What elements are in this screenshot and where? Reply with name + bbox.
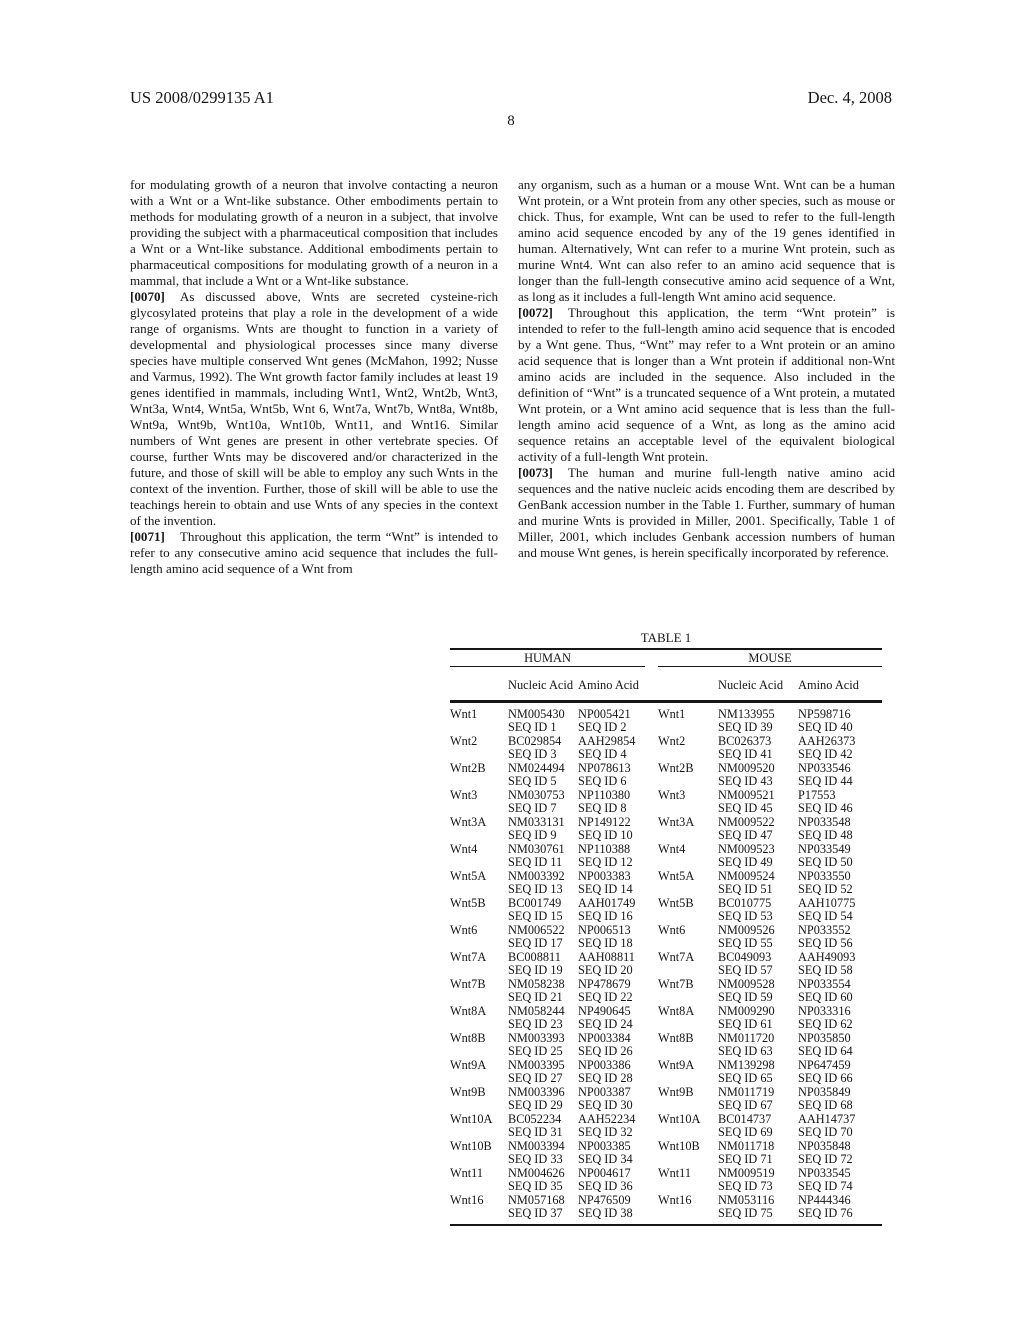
human-amino-acid: NP005421SEQ ID 2 xyxy=(578,708,658,735)
human-nucleic-acid: NM003395SEQ ID 27 xyxy=(508,1059,578,1086)
human-amino-acid: AAH01749SEQ ID 16 xyxy=(578,897,658,924)
table-row: Wnt9BNM003396SEQ ID 29NP003387SEQ ID 30W… xyxy=(450,1086,882,1113)
human-nucleic-acid: NM058244SEQ ID 23 xyxy=(508,1005,578,1032)
mouse-nucleic-acid: NM009524SEQ ID 51 xyxy=(718,870,798,897)
page-number: 8 xyxy=(130,113,892,130)
human-amino-acid: NP003383SEQ ID 14 xyxy=(578,870,658,897)
mouse-amino-acid: NP035850SEQ ID 64 xyxy=(798,1032,882,1059)
human-gene-name: Wnt6 xyxy=(450,924,508,951)
mouse-nucleic-acid: NM009519SEQ ID 73 xyxy=(718,1167,798,1194)
left-column: for modulating growth of a neuron that i… xyxy=(130,177,498,577)
human-nucleic-acid: BC008811SEQ ID 19 xyxy=(508,951,578,978)
human-amino-acid: NP110380SEQ ID 8 xyxy=(578,789,658,816)
paragraph-continuation: any organism, such as a human or a mouse… xyxy=(518,177,895,305)
mouse-amino-acid: NP033554SEQ ID 60 xyxy=(798,978,882,1005)
human-amino-acid: AAH29854SEQ ID 4 xyxy=(578,735,658,762)
human-gene-name: Wnt8B xyxy=(450,1032,508,1059)
human-nucleic-acid: BC029854SEQ ID 3 xyxy=(508,735,578,762)
human-nucleic-acid: NM058238SEQ ID 21 xyxy=(508,978,578,1005)
mouse-amino-acid: NP033316SEQ ID 62 xyxy=(798,1005,882,1032)
human-amino-acid: AAH52234SEQ ID 32 xyxy=(578,1113,658,1140)
mouse-gene-name: Wnt1 xyxy=(658,708,718,735)
group-header-mouse: MOUSE xyxy=(658,651,882,667)
human-nucleic-acid: BC052234SEQ ID 31 xyxy=(508,1113,578,1140)
paragraph-text: Throughout this application, the term “W… xyxy=(518,305,895,464)
mouse-gene-name: Wnt2 xyxy=(658,735,718,762)
human-gene-name: Wnt5A xyxy=(450,870,508,897)
mouse-nucleic-acid: NM009523SEQ ID 49 xyxy=(718,843,798,870)
human-amino-acid: NP003387SEQ ID 30 xyxy=(578,1086,658,1113)
human-nucleic-acid: NM005430SEQ ID 1 xyxy=(508,708,578,735)
mouse-gene-name: Wnt6 xyxy=(658,924,718,951)
mouse-amino-acid: NP033546SEQ ID 44 xyxy=(798,762,882,789)
mouse-amino-acid: AAH10775SEQ ID 54 xyxy=(798,897,882,924)
paragraph-number: [0072] xyxy=(518,305,553,320)
table-row: Wnt6NM006522SEQ ID 17NP006513SEQ ID 18Wn… xyxy=(450,924,882,951)
human-gene-name: Wnt3 xyxy=(450,789,508,816)
table-row: Wnt8BNM003393SEQ ID 25NP003384SEQ ID 26W… xyxy=(450,1032,882,1059)
mouse-amino-acid: NP035848SEQ ID 72 xyxy=(798,1140,882,1167)
mouse-gene-name: Wnt7B xyxy=(658,978,718,1005)
table-row: Wnt7BNM058238SEQ ID 21NP478679SEQ ID 22W… xyxy=(450,978,882,1005)
mouse-gene-name: Wnt10B xyxy=(658,1140,718,1167)
mouse-nucleic-acid: BC049093SEQ ID 57 xyxy=(718,951,798,978)
human-gene-name: Wnt10B xyxy=(450,1140,508,1167)
human-gene-name: Wnt9A xyxy=(450,1059,508,1086)
table-row: Wnt1NM005430SEQ ID 1NP005421SEQ ID 2Wnt1… xyxy=(450,708,882,735)
mouse-amino-acid: NP033548SEQ ID 48 xyxy=(798,816,882,843)
human-amino-acid: NP004617SEQ ID 36 xyxy=(578,1167,658,1194)
paragraph-text: any organism, such as a human or a mouse… xyxy=(518,177,895,304)
table-row: Wnt11NM004626SEQ ID 35NP004617SEQ ID 36W… xyxy=(450,1167,882,1194)
paragraph-number: [0071] xyxy=(130,529,165,544)
col-header-mouse-amino-acid: Amino Acid xyxy=(798,678,882,693)
mouse-nucleic-acid: NM011718SEQ ID 71 xyxy=(718,1140,798,1167)
table-row: Wnt7ABC008811SEQ ID 19AAH08811SEQ ID 20W… xyxy=(450,951,882,978)
mouse-gene-name: Wnt7A xyxy=(658,951,718,978)
mouse-nucleic-acid: BC014737SEQ ID 69 xyxy=(718,1113,798,1140)
mouse-amino-acid: NP033552SEQ ID 56 xyxy=(798,924,882,951)
mouse-gene-name: Wnt3 xyxy=(658,789,718,816)
table-row: Wnt5ANM003392SEQ ID 13NP003383SEQ ID 14W… xyxy=(450,870,882,897)
table-row: Wnt10ABC052234SEQ ID 31AAH52234SEQ ID 32… xyxy=(450,1113,882,1140)
mouse-amino-acid: AAH49093SEQ ID 58 xyxy=(798,951,882,978)
human-gene-name: Wnt2B xyxy=(450,762,508,789)
human-gene-name: Wnt8A xyxy=(450,1005,508,1032)
human-gene-name: Wnt3A xyxy=(450,816,508,843)
human-gene-name: Wnt1 xyxy=(450,708,508,735)
mouse-amino-acid: AAH14737SEQ ID 70 xyxy=(798,1113,882,1140)
table-column-headers: Nucleic Acid Amino Acid Nucleic Acid Ami… xyxy=(450,667,882,700)
mouse-nucleic-acid: NM011720SEQ ID 63 xyxy=(718,1032,798,1059)
mouse-gene-name: Wnt2B xyxy=(658,762,718,789)
paragraph-0070: [0070]As discussed above, Wnts are secre… xyxy=(130,289,498,529)
mouse-nucleic-acid: NM139298SEQ ID 65 xyxy=(718,1059,798,1086)
mouse-nucleic-acid: NM009528SEQ ID 59 xyxy=(718,978,798,1005)
human-gene-name: Wnt16 xyxy=(450,1194,508,1221)
table-body: Wnt1NM005430SEQ ID 1NP005421SEQ ID 2Wnt1… xyxy=(450,703,882,1221)
mouse-gene-name: Wnt4 xyxy=(658,843,718,870)
human-nucleic-acid: NM003393SEQ ID 25 xyxy=(508,1032,578,1059)
human-gene-name: Wnt2 xyxy=(450,735,508,762)
human-amino-acid: NP006513SEQ ID 18 xyxy=(578,924,658,951)
mouse-amino-acid: NP598716SEQ ID 40 xyxy=(798,708,882,735)
publication-date: Dec. 4, 2008 xyxy=(808,88,892,108)
mouse-gene-name: Wnt8A xyxy=(658,1005,718,1032)
human-gene-name: Wnt7B xyxy=(450,978,508,1005)
mouse-nucleic-acid: BC026373SEQ ID 41 xyxy=(718,735,798,762)
human-amino-acid: NP003386SEQ ID 28 xyxy=(578,1059,658,1086)
table-row: Wnt10BNM003394SEQ ID 33NP003385SEQ ID 34… xyxy=(450,1140,882,1167)
mouse-gene-name: Wnt5B xyxy=(658,897,718,924)
human-nucleic-acid: NM033131SEQ ID 9 xyxy=(508,816,578,843)
table-title: TABLE 1 xyxy=(450,630,882,645)
mouse-gene-name: Wnt8B xyxy=(658,1032,718,1059)
human-nucleic-acid: NM030753SEQ ID 7 xyxy=(508,789,578,816)
paragraph-0072: [0072]Throughout this application, the t… xyxy=(518,305,895,465)
mouse-nucleic-acid: NM133955SEQ ID 39 xyxy=(718,708,798,735)
human-gene-name: Wnt11 xyxy=(450,1167,508,1194)
mouse-gene-name: Wnt10A xyxy=(658,1113,718,1140)
mouse-amino-acid: NP444346SEQ ID 76 xyxy=(798,1194,882,1221)
mouse-gene-name: Wnt16 xyxy=(658,1194,718,1221)
group-header-human: HUMAN xyxy=(450,651,645,667)
table-row: Wnt3ANM033131SEQ ID 9NP149122SEQ ID 10Wn… xyxy=(450,816,882,843)
human-nucleic-acid: NM003396SEQ ID 29 xyxy=(508,1086,578,1113)
table-bottom-rule xyxy=(450,1224,882,1227)
human-nucleic-acid: NM004626SEQ ID 35 xyxy=(508,1167,578,1194)
col-header-mouse-nucleic-acid: Nucleic Acid xyxy=(718,678,798,693)
table-row: Wnt2BNM024494SEQ ID 5NP078613SEQ ID 6Wnt… xyxy=(450,762,882,789)
paragraph-text: Throughout this application, the term “W… xyxy=(130,529,498,576)
mouse-amino-acid: NP033545SEQ ID 74 xyxy=(798,1167,882,1194)
human-amino-acid: NP110388SEQ ID 12 xyxy=(578,843,658,870)
paragraph-text: As discussed above, Wnts are secreted cy… xyxy=(130,289,498,528)
human-amino-acid: NP003385SEQ ID 34 xyxy=(578,1140,658,1167)
col-header-human-amino-acid: Amino Acid xyxy=(578,678,658,693)
human-amino-acid: NP078613SEQ ID 6 xyxy=(578,762,658,789)
right-column: any organism, such as a human or a mouse… xyxy=(518,177,895,561)
paragraph-0073: [0073]The human and murine full-length n… xyxy=(518,465,895,561)
mouse-amino-acid: NP035849SEQ ID 68 xyxy=(798,1086,882,1113)
human-nucleic-acid: NM024494SEQ ID 5 xyxy=(508,762,578,789)
mouse-amino-acid: AAH26373SEQ ID 42 xyxy=(798,735,882,762)
paragraph-continuation: for modulating growth of a neuron that i… xyxy=(130,177,498,289)
mouse-amino-acid: P17553SEQ ID 46 xyxy=(798,789,882,816)
mouse-nucleic-acid: NM009290SEQ ID 61 xyxy=(718,1005,798,1032)
human-amino-acid: AAH08811SEQ ID 20 xyxy=(578,951,658,978)
human-amino-acid: NP149122SEQ ID 10 xyxy=(578,816,658,843)
human-nucleic-acid: NM003392SEQ ID 13 xyxy=(508,870,578,897)
mouse-gene-name: Wnt9B xyxy=(658,1086,718,1113)
human-gene-name: Wnt7A xyxy=(450,951,508,978)
mouse-gene-name: Wnt11 xyxy=(658,1167,718,1194)
mouse-gene-name: Wnt9A xyxy=(658,1059,718,1086)
human-amino-acid: NP490645SEQ ID 24 xyxy=(578,1005,658,1032)
patent-number: US 2008/0299135 A1 xyxy=(130,88,274,108)
paragraph-text: for modulating growth of a neuron that i… xyxy=(130,177,498,288)
human-nucleic-acid: NM057168SEQ ID 37 xyxy=(508,1194,578,1221)
mouse-nucleic-acid: NM009526SEQ ID 55 xyxy=(718,924,798,951)
human-gene-name: Wnt4 xyxy=(450,843,508,870)
table-1: TABLE 1 HUMAN MOUSE Nucleic Acid Amino A… xyxy=(450,630,882,1226)
human-nucleic-acid: NM003394SEQ ID 33 xyxy=(508,1140,578,1167)
human-nucleic-acid: NM006522SEQ ID 17 xyxy=(508,924,578,951)
table-row: Wnt2BC029854SEQ ID 3AAH29854SEQ ID 4Wnt2… xyxy=(450,735,882,762)
mouse-nucleic-acid: BC010775SEQ ID 53 xyxy=(718,897,798,924)
table-group-header: HUMAN MOUSE xyxy=(450,650,882,667)
mouse-amino-acid: NP033549SEQ ID 50 xyxy=(798,843,882,870)
mouse-amino-acid: NP033550SEQ ID 52 xyxy=(798,870,882,897)
human-gene-name: Wnt9B xyxy=(450,1086,508,1113)
paragraph-text: The human and murine full-length native … xyxy=(518,465,895,560)
mouse-nucleic-acid: NM009521SEQ ID 45 xyxy=(718,789,798,816)
human-amino-acid: NP003384SEQ ID 26 xyxy=(578,1032,658,1059)
table-row: Wnt4NM030761SEQ ID 11NP110388SEQ ID 12Wn… xyxy=(450,843,882,870)
human-nucleic-acid: NM030761SEQ ID 11 xyxy=(508,843,578,870)
human-amino-acid: NP476509SEQ ID 38 xyxy=(578,1194,658,1221)
human-amino-acid: NP478679SEQ ID 22 xyxy=(578,978,658,1005)
col-header-human-nucleic-acid: Nucleic Acid xyxy=(508,678,578,693)
patent-page: US 2008/0299135 A1 Dec. 4, 2008 8 for mo… xyxy=(0,0,1024,1320)
human-nucleic-acid: BC001749SEQ ID 15 xyxy=(508,897,578,924)
table-row: Wnt8ANM058244SEQ ID 23NP490645SEQ ID 24W… xyxy=(450,1005,882,1032)
mouse-nucleic-acid: NM053116SEQ ID 75 xyxy=(718,1194,798,1221)
table-row: Wnt5BBC001749SEQ ID 15AAH01749SEQ ID 16W… xyxy=(450,897,882,924)
mouse-nucleic-acid: NM009520SEQ ID 43 xyxy=(718,762,798,789)
mouse-gene-name: Wnt3A xyxy=(658,816,718,843)
human-gene-name: Wnt10A xyxy=(450,1113,508,1140)
paragraph-number: [0070] xyxy=(130,289,165,304)
mouse-nucleic-acid: NM009522SEQ ID 47 xyxy=(718,816,798,843)
table-row: Wnt16NM057168SEQ ID 37NP476509SEQ ID 38W… xyxy=(450,1194,882,1221)
table-row: Wnt3NM030753SEQ ID 7NP110380SEQ ID 8Wnt3… xyxy=(450,789,882,816)
paragraph-number: [0073] xyxy=(518,465,553,480)
page-header: US 2008/0299135 A1 Dec. 4, 2008 xyxy=(130,88,892,108)
human-gene-name: Wnt5B xyxy=(450,897,508,924)
mouse-nucleic-acid: NM011719SEQ ID 67 xyxy=(718,1086,798,1113)
paragraph-0071: [0071]Throughout this application, the t… xyxy=(130,529,498,577)
table-row: Wnt9ANM003395SEQ ID 27NP003386SEQ ID 28W… xyxy=(450,1059,882,1086)
mouse-amino-acid: NP647459SEQ ID 66 xyxy=(798,1059,882,1086)
mouse-gene-name: Wnt5A xyxy=(658,870,718,897)
